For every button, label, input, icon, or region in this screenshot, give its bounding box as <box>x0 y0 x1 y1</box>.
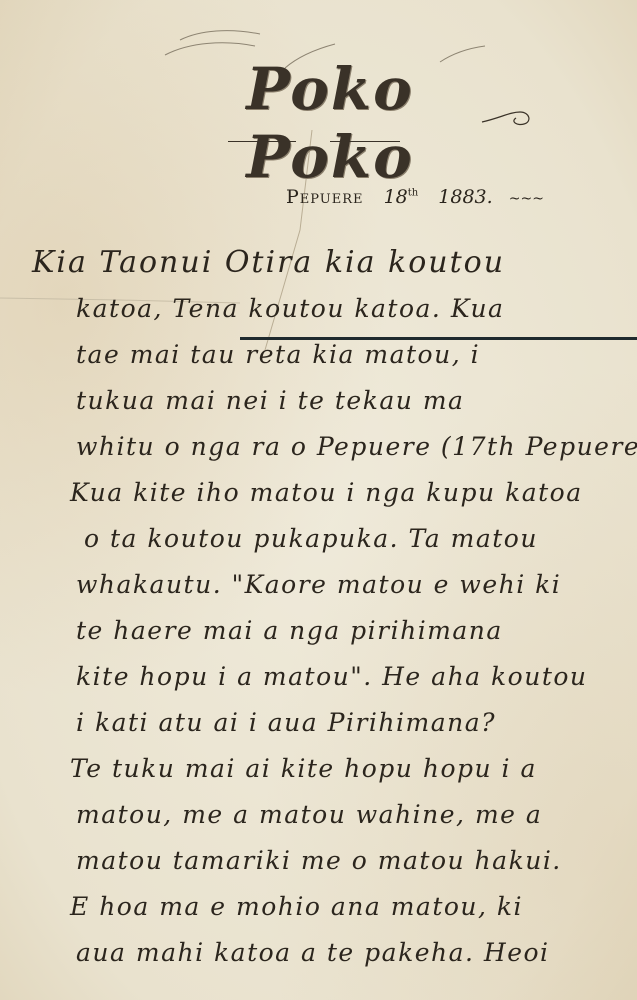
date-month: Pepuere <box>286 186 364 208</box>
date-flourish: ~~~ <box>509 191 544 207</box>
letter-line: whakautu. "Kaore matou e wehi ki <box>76 562 632 608</box>
letter-line: Kia Taonui Otira kia koutou <box>32 240 632 286</box>
letter-line: Te tuku mai ai kite hopu hopu i a <box>70 746 632 792</box>
letter-line: aua mahi katoa a te pakeha. Heoi <box>76 930 632 976</box>
title-underline-right <box>330 141 400 142</box>
letter-line: matou, me a matou wahine, me a <box>76 792 632 838</box>
letter-line: whitu o nga ra o Pepuere (17th Pepuere). <box>76 424 632 470</box>
letter-line: tukua mai nei i te tekau ma <box>76 378 632 424</box>
letter-line: o ta koutou pukapuka. Ta matou <box>84 516 632 562</box>
title-underline-left <box>228 141 296 142</box>
document-title: Poko Poko <box>160 55 500 191</box>
manuscript-page: Poko Poko Pepuere 18th 1883. ~~~ Kia Tao… <box>0 0 637 1000</box>
letter-date: Pepuere 18th 1883. ~~~ <box>286 186 544 208</box>
letter-line: te haere mai a nga pirihimana <box>76 608 632 654</box>
letter-line: E hoa ma e mohio ana matou, ki <box>70 884 632 930</box>
letter-body: Kia Taonui Otira kia koutou katoa, Tena … <box>62 240 632 976</box>
date-day-suffix: th <box>408 188 418 199</box>
letter-line: kite hopu i a matou". He aha koutou <box>76 654 632 700</box>
letter-line: Kua kite iho matou i nga kupu katoa <box>70 470 632 516</box>
letter-line: tae mai tau reta kia matou, i <box>76 332 632 378</box>
letter-line: katoa, Tena koutou katoa. Kua <box>76 286 632 332</box>
title-flourish <box>480 100 550 140</box>
date-year: 1883. <box>438 186 492 208</box>
letter-line: matou tamariki me o matou hakui. <box>76 838 632 884</box>
date-day: 18 <box>384 186 408 208</box>
letter-line: i kati atu ai i aua Pirihimana? <box>76 700 632 746</box>
